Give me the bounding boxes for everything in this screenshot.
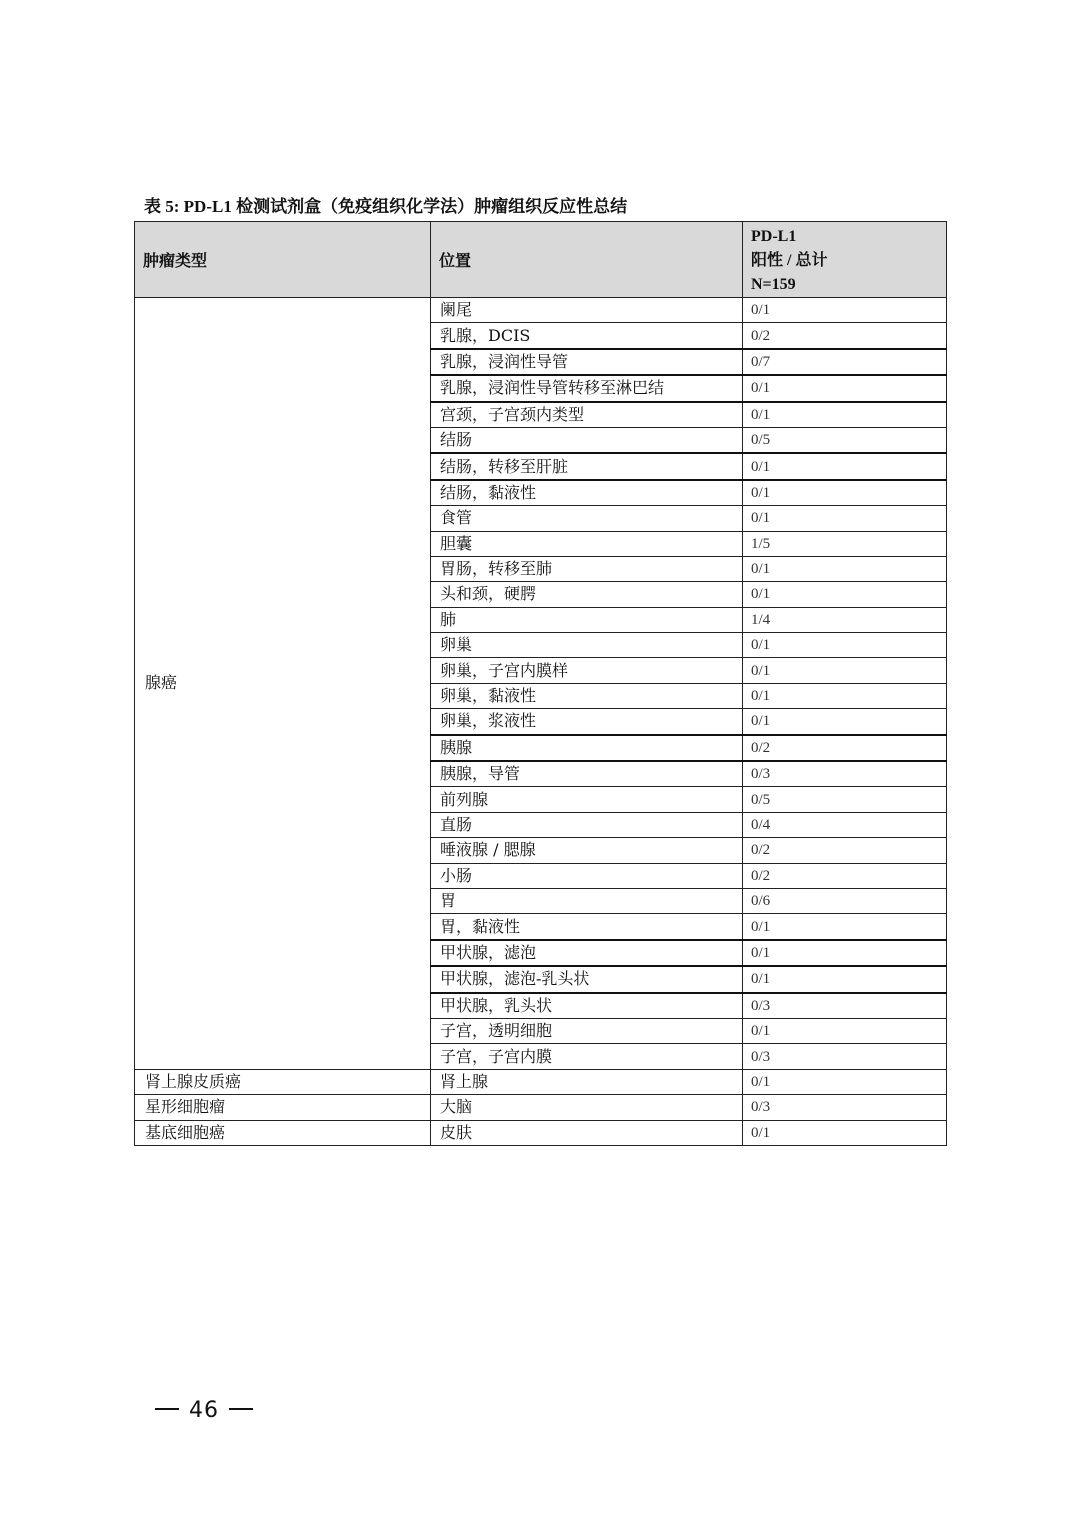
pdl1-value-cell: 0/1 [743,1018,947,1043]
header-tumor-type: 肿瘤类型 [135,222,431,298]
pdl1-value-cell: 0/2 [743,863,947,888]
location-cell: 乳腺，DCIS [431,323,743,349]
pdl1-value-cell: 0/6 [743,888,947,913]
pdl1-value-cell: 0/5 [743,787,947,812]
header-pdl1-line3: N=159 [751,273,946,297]
page-number: 46 [189,1398,219,1423]
location-cell: 大脑 [431,1095,743,1120]
header-pdl1-line1: PD-L1 [751,225,946,249]
table-row: 腺癌阑尾0/1 [135,298,947,323]
pdl1-value-cell: 0/3 [743,761,947,787]
pdl1-value-cell: 0/1 [743,556,947,581]
pdl1-value-cell: 0/2 [743,323,947,349]
pdl1-value-cell: 0/1 [743,658,947,683]
pdl1-value-cell: 0/1 [743,966,947,992]
pdl1-value-cell: 0/5 [743,427,947,453]
location-cell: 头和颈，硬腭 [431,582,743,607]
pdl1-value-cell: 0/1 [743,506,947,531]
reactivity-table: 肿瘤类型 位置 PD-L1 阳性 / 总计 N=159 腺癌阑尾0/1乳腺，DC… [134,221,947,1146]
location-cell: 皮肤 [431,1120,743,1145]
location-cell: 乳腺，浸润性导管转移至淋巴结 [431,375,743,401]
location-cell: 食管 [431,506,743,531]
pdl1-value-cell: 0/1 [743,582,947,607]
location-cell: 结肠，黏液性 [431,480,743,506]
location-cell: 卵巢 [431,633,743,658]
pdl1-value-cell: 0/1 [743,402,947,428]
tumor-type-cell: 星形细胞瘤 [135,1095,431,1120]
pdl1-value-cell: 0/1 [743,453,947,479]
location-cell: 直肠 [431,812,743,837]
location-cell: 胃 [431,888,743,913]
pdl1-value-cell: 0/2 [743,838,947,863]
table-row: 基底细胞癌皮肤0/1 [135,1120,947,1145]
pdl1-value-cell: 0/1 [743,298,947,323]
location-cell: 唾液腺 / 腮腺 [431,838,743,863]
pdl1-value-cell: 0/3 [743,1095,947,1120]
header-location: 位置 [431,222,743,298]
dash-left [155,1408,179,1410]
pdl1-value-cell: 1/5 [743,531,947,556]
location-cell: 卵巢，子宫内膜样 [431,658,743,683]
tumor-type-cell: 基底细胞癌 [135,1120,431,1145]
pdl1-value-cell: 0/3 [743,1044,947,1069]
location-cell: 前列腺 [431,787,743,812]
dash-right [229,1408,253,1410]
pdl1-value-cell: 0/1 [743,709,947,735]
pdl1-value-cell: 0/1 [743,375,947,401]
location-cell: 胆囊 [431,531,743,556]
header-pdl1-line2: 阳性 / 总计 [751,249,946,273]
pdl1-value-cell: 0/4 [743,812,947,837]
table-row: 星形细胞瘤大脑0/3 [135,1095,947,1120]
location-cell: 结肠，转移至肝脏 [431,453,743,479]
pdl1-value-cell: 0/1 [743,683,947,708]
location-cell: 胃，黏液性 [431,914,743,940]
pdl1-value-cell: 0/1 [743,914,947,940]
location-cell: 宫颈，子宫颈内类型 [431,402,743,428]
tumor-type-cell: 肾上腺皮质癌 [135,1069,431,1094]
location-cell: 乳腺，浸润性导管 [431,349,743,375]
location-cell: 结肠 [431,427,743,453]
location-cell: 肾上腺 [431,1069,743,1094]
pdl1-value-cell: 0/1 [743,1069,947,1094]
location-cell: 卵巢，浆液性 [431,709,743,735]
table-header-row: 肿瘤类型 位置 PD-L1 阳性 / 总计 N=159 [135,222,947,298]
table-row: 肾上腺皮质癌肾上腺0/1 [135,1069,947,1094]
location-cell: 阑尾 [431,298,743,323]
location-cell: 小肠 [431,863,743,888]
tumor-type-cell: 腺癌 [135,298,431,1070]
location-cell: 胰腺 [431,735,743,761]
location-cell: 子宫，子宫内膜 [431,1044,743,1069]
pdl1-value-cell: 0/1 [743,480,947,506]
pdl1-value-cell: 0/1 [743,940,947,966]
location-cell: 甲状腺，滤泡-乳头状 [431,966,743,992]
pdl1-value-cell: 0/1 [743,1120,947,1145]
location-cell: 胰腺，导管 [431,761,743,787]
location-cell: 甲状腺，滤泡 [431,940,743,966]
pdl1-value-cell: 0/7 [743,349,947,375]
location-cell: 胃肠，转移至肺 [431,556,743,581]
page-footer: 46 [145,1398,263,1423]
header-pdl1: PD-L1 阳性 / 总计 N=159 [743,222,947,298]
table-body: 腺癌阑尾0/1乳腺，DCIS0/2乳腺，浸润性导管0/7乳腺，浸润性导管转移至淋… [135,298,947,1146]
location-cell: 甲状腺，乳头状 [431,993,743,1019]
location-cell: 肺 [431,607,743,632]
table-caption: 表 5: PD-L1 检测试剂盒（免疫组织化学法）肿瘤组织反应性总结 [144,192,627,217]
location-cell: 卵巢，黏液性 [431,683,743,708]
location-cell: 子宫，透明细胞 [431,1018,743,1043]
pdl1-value-cell: 1/4 [743,607,947,632]
pdl1-value-cell: 0/3 [743,993,947,1019]
pdl1-value-cell: 0/2 [743,735,947,761]
pdl1-value-cell: 0/1 [743,633,947,658]
